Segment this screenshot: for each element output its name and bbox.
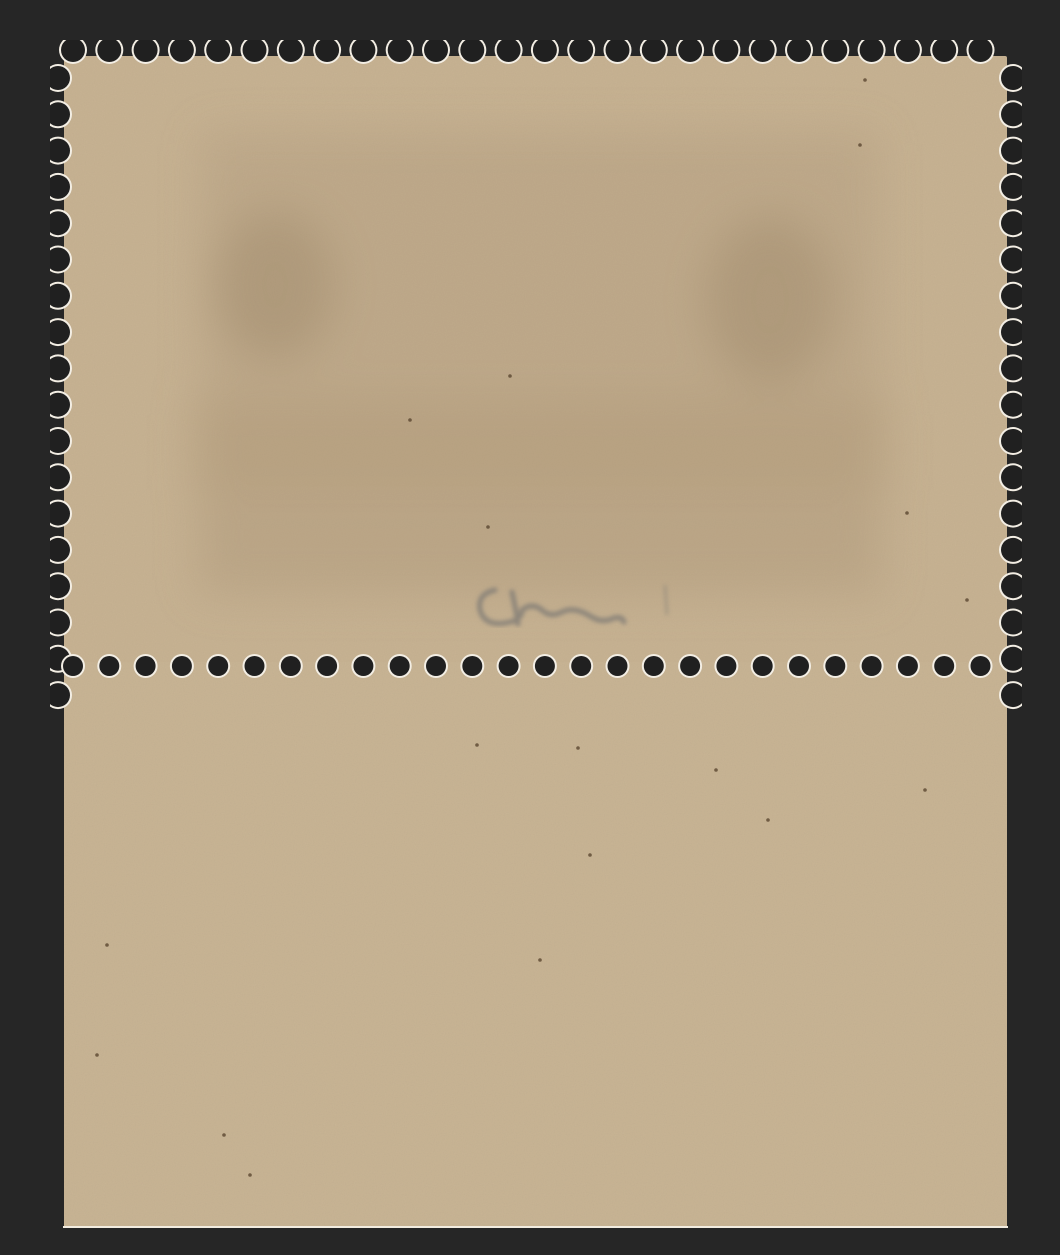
design-show-through xyxy=(190,130,890,600)
stamp-photo xyxy=(0,0,1060,1255)
